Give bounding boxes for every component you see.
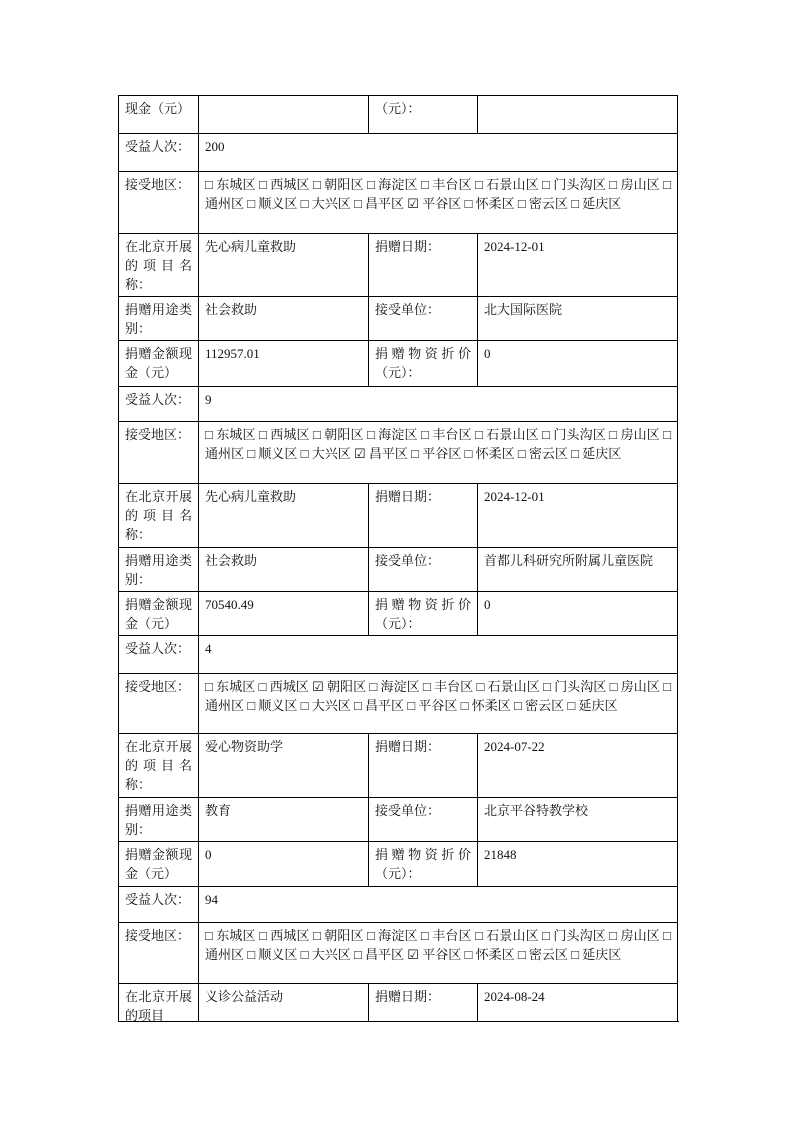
recipient-org-value: 北大国际医院 xyxy=(478,297,678,341)
document-page: 现金（元）（元）：受益人次：200接受地区：□ 东城区 □ 西城区 □ 朝阳区 … xyxy=(0,0,794,1123)
project-name-label: 在北京开展的项目名称： xyxy=(119,484,199,548)
donation-date-label: 捐赠日期： xyxy=(369,234,478,297)
recipient-org-label: 接受单位： xyxy=(369,548,478,592)
recipient-org-value: 北京平谷特教学校 xyxy=(478,798,678,842)
table-row: 在北京开展的项目义诊公益活动捐赠日期：2024-08-24 xyxy=(119,984,678,1023)
beneficiary-count-value: 4 xyxy=(199,636,678,674)
project-name-value: 爱心物资助学 xyxy=(199,734,369,798)
project-name-label: 在北京开展的项目名称： xyxy=(119,234,199,297)
table-row: 接受地区：□ 东城区 □ 西城区 ☑ 朝阳区 □ 海淀区 □ 丰台区 □ 石景山… xyxy=(119,674,678,734)
purpose-category-value: 社会救助 xyxy=(199,297,369,341)
table-row: 捐赠用途类别：教育接受单位：北京平谷特教学校 xyxy=(119,798,678,842)
table-row: 受益人次：4 xyxy=(119,636,678,674)
beneficiary-count-label: 受益人次： xyxy=(119,387,199,422)
table-row: 捐赠金额现金（元）70540.49捐赠物资折价（元）：0 xyxy=(119,592,678,636)
purpose-category-value: 教育 xyxy=(199,798,369,842)
table-row: 捐赠用途类别：社会救助接受单位：北大国际医院 xyxy=(119,297,678,341)
table-row: 受益人次：94 xyxy=(119,887,678,923)
inkind-value-cell: 21848 xyxy=(478,842,678,887)
donation-date-value: 2024-07-22 xyxy=(478,734,678,798)
beneficiary-count-label: 受益人次： xyxy=(119,887,199,923)
table-row: 在北京开展的项目名称：先心病儿童救助捐赠日期：2024-12-01 xyxy=(119,234,678,297)
purpose-category-label: 捐赠用途类别： xyxy=(119,297,199,341)
table-row: 接受地区：□ 东城区 □ 西城区 □ 朝阳区 □ 海淀区 □ 丰台区 □ 石景山… xyxy=(119,422,678,484)
donation-date-value: 2024-12-01 xyxy=(478,484,678,548)
table-row: 接受地区：□ 东城区 □ 西城区 □ 朝阳区 □ 海淀区 □ 丰台区 □ 石景山… xyxy=(119,923,678,984)
receiving-area-checkboxes: □ 东城区 □ 西城区 ☑ 朝阳区 □ 海淀区 □ 丰台区 □ 石景山区 □ 门… xyxy=(199,674,678,734)
recipient-org-value: 首都儿科研究所附属儿童医院 xyxy=(478,548,678,592)
project-name-value: 先心病儿童救助 xyxy=(199,234,369,297)
cash-amount-value: 112957.01 xyxy=(199,341,369,387)
receiving-area-label: 接受地区： xyxy=(119,422,199,484)
donation-date-value: 2024-12-01 xyxy=(478,234,678,297)
cash-amount-label: 捐赠金额现金（元） xyxy=(119,842,199,887)
table-page-break-clip: 现金（元）（元）：受益人次：200接受地区：□ 东城区 □ 西城区 □ 朝阳区 … xyxy=(118,95,679,1022)
project-name-label-truncated: 在北京开展的项目 xyxy=(119,984,199,1023)
beneficiary-count-value: 94 xyxy=(199,887,678,923)
receiving-area-label: 接受地区： xyxy=(119,674,199,734)
project-name-value: 义诊公益活动 xyxy=(199,984,369,1023)
receiving-area-checkboxes: □ 东城区 □ 西城区 □ 朝阳区 □ 海淀区 □ 丰台区 □ 石景山区 □ 门… xyxy=(199,923,678,984)
table-row: 接受地区：□ 东城区 □ 西城区 □ 朝阳区 □ 海淀区 □ 丰台区 □ 石景山… xyxy=(119,172,678,234)
purpose-category-label: 捐赠用途类别： xyxy=(119,798,199,842)
recipient-org-label: 接受单位： xyxy=(369,798,478,842)
inkind-value-cell: 0 xyxy=(478,341,678,387)
table-row: 捐赠金额现金（元）0捐赠物资折价（元）：21848 xyxy=(119,842,678,887)
donation-table-body: 现金（元）（元）：受益人次：200接受地区：□ 东城区 □ 西城区 □ 朝阳区 … xyxy=(119,96,678,1023)
inkind-value-label: 捐赠物资折价（元）： xyxy=(369,341,478,387)
inkind-value-cell: 0 xyxy=(478,592,678,636)
purpose-category-label: 捐赠用途类别： xyxy=(119,548,199,592)
table-row: 捐赠用途类别：社会救助接受单位：首都儿科研究所附属儿童医院 xyxy=(119,548,678,592)
project-name-value: 先心病儿童救助 xyxy=(199,484,369,548)
receiving-area-checkboxes: □ 东城区 □ 西城区 □ 朝阳区 □ 海淀区 □ 丰台区 □ 石景山区 □ 门… xyxy=(199,422,678,484)
table-row: 在北京开展的项目名称：爱心物资助学捐赠日期：2024-07-22 xyxy=(119,734,678,798)
receiving-area-label: 接受地区： xyxy=(119,172,199,234)
donation-records-table: 现金（元）（元）：受益人次：200接受地区：□ 东城区 □ 西城区 □ 朝阳区 … xyxy=(118,95,678,1022)
table-row: 现金（元）（元）： xyxy=(119,96,678,134)
beneficiary-count-value: 9 xyxy=(199,387,678,422)
beneficiary-count-value: 200 xyxy=(199,134,678,172)
beneficiary-count-label: 受益人次： xyxy=(119,636,199,674)
cash-amount-label: 捐赠金额现金（元） xyxy=(119,341,199,387)
beneficiary-count-label: 受益人次： xyxy=(119,134,199,172)
cash-amount-label-continued: 现金（元） xyxy=(119,96,199,134)
donation-date-label: 捐赠日期： xyxy=(369,484,478,548)
table-row: 受益人次：9 xyxy=(119,387,678,422)
inkind-value-cell xyxy=(478,96,678,134)
cash-amount-value xyxy=(199,96,369,134)
cash-amount-value: 70540.49 xyxy=(199,592,369,636)
table-row: 捐赠金额现金（元）112957.01捐赠物资折价（元）：0 xyxy=(119,341,678,387)
receiving-area-label: 接受地区： xyxy=(119,923,199,984)
donation-date-label: 捐赠日期： xyxy=(369,734,478,798)
inkind-value-label: 捐赠物资折价（元）： xyxy=(369,592,478,636)
donation-date-label: 捐赠日期： xyxy=(369,984,478,1023)
table-row: 受益人次：200 xyxy=(119,134,678,172)
receiving-area-checkboxes: □ 东城区 □ 西城区 □ 朝阳区 □ 海淀区 □ 丰台区 □ 石景山区 □ 门… xyxy=(199,172,678,234)
cash-amount-label: 捐赠金额现金（元） xyxy=(119,592,199,636)
table-row: 在北京开展的项目名称：先心病儿童救助捐赠日期：2024-12-01 xyxy=(119,484,678,548)
project-name-label: 在北京开展的项目名称： xyxy=(119,734,199,798)
cash-amount-value: 0 xyxy=(199,842,369,887)
recipient-org-label: 接受单位： xyxy=(369,297,478,341)
donation-date-value: 2024-08-24 xyxy=(478,984,678,1023)
inkind-value-label-continued: （元）： xyxy=(369,96,478,134)
purpose-category-value: 社会救助 xyxy=(199,548,369,592)
inkind-value-label: 捐赠物资折价（元）： xyxy=(369,842,478,887)
